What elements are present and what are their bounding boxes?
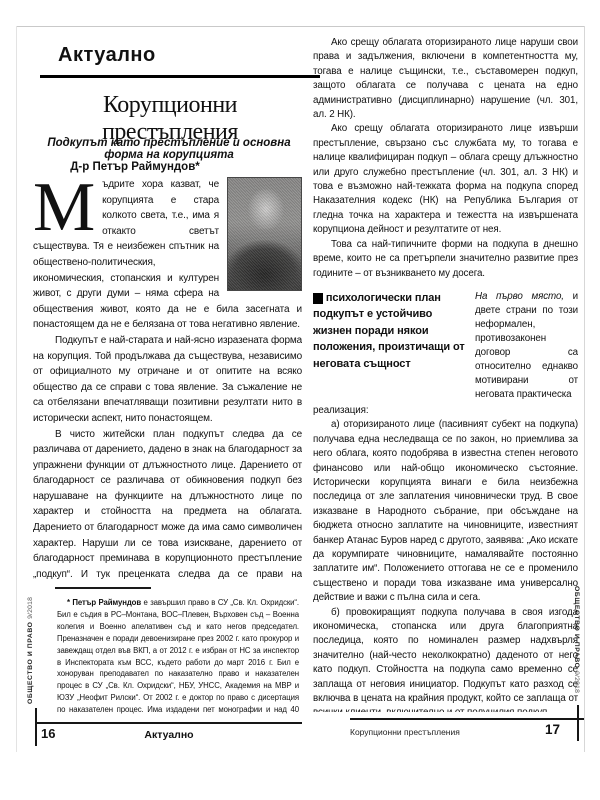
- author-byline: Д-р Петър Раймундов*: [33, 161, 237, 173]
- journal-title: ОБЩЕСТВО И ПРАВО: [27, 621, 34, 704]
- footer-rule-left: [36, 722, 302, 724]
- aside-column: На първо място, и двете страни по този н…: [475, 290, 578, 402]
- body-paragraph: Подкупът е най-старата и най-ясно изразе…: [33, 333, 302, 427]
- scan-edge-top: [16, 26, 584, 27]
- journal-spine-label-right: ОБЩЕСТВО И ПРАВО 9/2018: [573, 586, 580, 693]
- footer-tick-right: [577, 705, 579, 741]
- author-footnote: * Петър Раймундов е завършил право в СУ …: [57, 597, 299, 719]
- left-page-body: Мъдрите хора казват, че корупцията е ста…: [33, 177, 302, 581]
- journal-title: ОБЩЕСТВО И ПРАВО: [573, 586, 580, 669]
- scan-edge-right: [584, 26, 585, 752]
- running-title-right: Корупционни престъпления: [350, 727, 540, 737]
- body-paragraph: Това са най-типичните форми на подкупа в…: [313, 238, 578, 281]
- footnote-author-name: * Петър Раймундов: [67, 598, 141, 607]
- running-title-left: Актуално: [36, 729, 302, 741]
- article-subtitle: Подкупът като престъпление и основна фор…: [34, 137, 304, 161]
- subheading-initial-block: В: [313, 293, 323, 304]
- journal-issue: 9/2018: [573, 671, 580, 693]
- magazine-spread: Актуално Корупционни престъпления Подкуп…: [0, 0, 600, 800]
- aside-lead: На първо място,: [475, 291, 564, 302]
- subheading-text: психологически план подкупът е устойчиво…: [313, 292, 465, 370]
- body-paragraph: В чисто житейски план подкупът следва да…: [33, 427, 302, 582]
- journal-spine-label-left: ОБЩЕСТВО И ПРАВО 9/2018: [27, 597, 34, 704]
- scan-edge-left: [16, 26, 17, 752]
- aside-text: и двете страни по този неформален, проти…: [475, 291, 578, 400]
- list-paragraph-b: б) провокиращият подкупа получава в своя…: [313, 606, 578, 712]
- journal-issue: 9/2018: [27, 597, 34, 619]
- body-paragraph: Ако срещу облагата оторизираното лице на…: [313, 36, 578, 122]
- footnote-separator: [55, 587, 151, 589]
- section-subheading: В психологически план подкупът е устойчи…: [313, 290, 465, 402]
- right-page-body: Ако срещу облагата оторизираното лице на…: [313, 36, 578, 712]
- dropcap-letter: М: [33, 180, 95, 236]
- footer-rule-right: [350, 718, 584, 720]
- aside-continuation: реализация:: [313, 404, 578, 418]
- subheading-block: В психологически план подкупът е устойчи…: [313, 290, 578, 402]
- body-paragraph: Ако срещу облагата оторизираното лице из…: [313, 122, 578, 237]
- list-paragraph-a: а) оторизираното лице (пасивният субект …: [313, 418, 578, 605]
- page-number-right: 17: [545, 722, 560, 737]
- footnote-text: е завършил право в СУ „Св. Кл. Охридски“…: [57, 598, 299, 719]
- section-header: Актуално: [40, 44, 320, 78]
- author-photo: [227, 177, 302, 291]
